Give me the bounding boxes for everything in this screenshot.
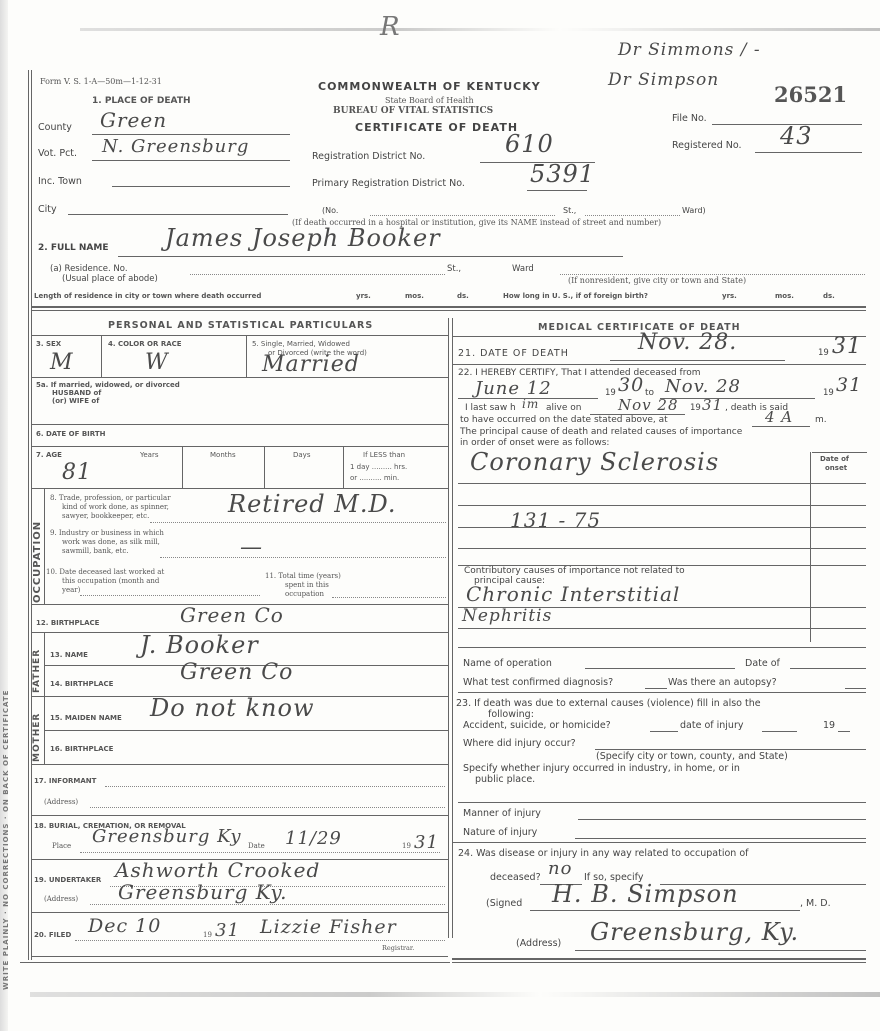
filed-year-value: 31 [215, 920, 240, 941]
annotation-line-1: Dr Simmons / - [618, 40, 761, 60]
registrar-label: Registrar. [382, 944, 414, 952]
total-time-underline [332, 597, 446, 598]
last-saw-year-value: 31 [702, 396, 723, 414]
dob-rule [31, 446, 448, 447]
header-rule-2 [31, 310, 866, 311]
last-worked-label-3: year) [62, 586, 80, 594]
accident-label: Accident, suicide, or homicide? [463, 720, 611, 731]
residence-label: (a) Residence. No. [50, 264, 128, 274]
ds-label-2: ds. [823, 292, 835, 300]
date-of-label: Date of [745, 658, 780, 669]
dob-label: 6. DATE OF BIRTH [36, 430, 105, 438]
time-underline [752, 426, 810, 427]
burial-place-label: Place [52, 842, 71, 850]
contributory-label-1: Contributory causes of importance not re… [464, 566, 685, 576]
spouse-label-2: HUSBAND of [52, 389, 101, 397]
last-worked-label-1: 10. Date deceased last worked at [46, 568, 164, 576]
filed-underline [75, 940, 445, 941]
burial-year-prefix: 19 [402, 842, 411, 850]
last-worked-label-2: this occupation (month and [62, 577, 159, 585]
residence-underline [190, 274, 445, 275]
vot-pct-label: Vot. Pct. [38, 148, 77, 159]
trade-label-2: kind of work done, as spinner, [62, 503, 169, 511]
industry-underline [160, 557, 446, 558]
physician-address-value: Greensburg, Ky. [590, 918, 799, 946]
onset-label-2: onset [825, 464, 847, 472]
total-time-label-2: spent in this [285, 581, 329, 589]
county-underline [92, 134, 290, 135]
outer-border-left [28, 70, 29, 960]
foreign-label: How long in U. S., if of foreign birth? [503, 292, 648, 300]
injury-year-label: 19 [823, 720, 835, 731]
annotation-line-2: Dr Simpson [608, 70, 719, 90]
residence-ward-label: Ward [512, 264, 534, 274]
informant-rule [31, 815, 448, 816]
registered-no-value: 43 [780, 122, 813, 150]
informant-address-underline [90, 807, 445, 808]
undertaker-rule [31, 912, 448, 913]
informant-label: 17. INFORMANT [34, 777, 96, 785]
contributory-line-2 [458, 628, 866, 629]
cause-line-2 [458, 505, 866, 506]
principal-label-1: The principal cause of death and related… [460, 427, 742, 437]
spouse-label-3: (or) WIFE of [52, 397, 99, 405]
marital-rule [31, 377, 448, 378]
less-than-label: If LESS than [363, 451, 405, 459]
last-saw-label: I last saw h [465, 403, 516, 413]
filed-label: 20. FILED [34, 931, 71, 939]
informant-underline [105, 786, 445, 787]
ds-label: ds. [457, 292, 469, 300]
no-underline [370, 215, 555, 216]
undertaker-address-underline [90, 904, 445, 905]
residence-st-label: St., [447, 264, 461, 274]
external-label-2: following: [488, 709, 534, 720]
filed-rule [31, 956, 448, 957]
trade-value: Retired M.D. [228, 490, 396, 518]
mother-maiden-rule [44, 730, 448, 731]
mother-birthplace-rule [31, 764, 448, 765]
specify-rule-1 [458, 802, 866, 803]
ward-label: Ward) [682, 206, 706, 215]
burial-place-value: Greensburg Ky [92, 826, 242, 847]
board-subtitle: State Board of Health [385, 96, 474, 105]
accident-underline [650, 731, 678, 732]
father-birthplace-value: Green Co [180, 660, 293, 685]
trade-underline [150, 522, 446, 523]
burial-underline [80, 852, 440, 853]
place-of-death-heading: 1. PLACE OF DEATH [92, 96, 191, 106]
signed-value: H. B. Simpson [552, 880, 739, 908]
total-time-label-1: 11. Total time (years) [265, 572, 341, 580]
race-value: W [145, 350, 169, 375]
death-year-prefix: 19 [818, 348, 829, 358]
bottom-rule-right-2 [452, 962, 866, 963]
mother-birthplace-label: 16. BIRTHPLACE [50, 745, 113, 753]
physician-address-label: (Address) [516, 938, 561, 949]
st-underline [585, 215, 680, 216]
father-side-divider [44, 632, 45, 696]
full-name-label: 2. FULL NAME [38, 243, 108, 253]
filed-date-value: Dec 10 [88, 915, 161, 937]
bureau-subtitle: BUREAU OF VITAL STATISTICS [333, 106, 493, 116]
mos-label-2: mos. [775, 292, 794, 300]
occupation-question: 24. Was disease or injury in any way rel… [458, 848, 749, 859]
date-of-death-underline [610, 360, 785, 361]
signed-underline [530, 910, 800, 911]
total-time-label-3: occupation [285, 590, 324, 598]
certificate-title: CERTIFICATE OF DEATH [355, 121, 518, 134]
commonwealth-title: COMMONWEALTH OF KENTUCKY [318, 80, 541, 93]
full-name-value: James Joseph Booker [165, 224, 441, 252]
sex-label: 3. SEX [36, 340, 61, 348]
age-days-label: Days [293, 451, 310, 459]
registered-no-underline [755, 152, 862, 153]
attended-to-value: Nov. 28 [665, 376, 741, 397]
undertaker-label: 19. UNDERTAKER [34, 876, 101, 884]
bottom-rule-right [452, 958, 866, 960]
md-label: , M. D. [800, 898, 831, 909]
where-underline [595, 749, 866, 750]
bottom-rule-left [20, 962, 450, 963]
age-divider-2 [264, 446, 265, 488]
m-label: m. [815, 415, 827, 425]
less-day-label: 1 day ......... hrs. [350, 463, 407, 471]
operation-label: Name of operation [463, 658, 552, 669]
age-divider-3 [343, 446, 344, 488]
residence-ward-underline [560, 274, 865, 275]
industry-label-1: 9. Industry or business in which [50, 529, 164, 537]
signed-label: (Signed [486, 898, 522, 909]
primary-district-underline [527, 190, 587, 191]
mos-label: mos. [405, 292, 424, 300]
residence-sub: (Usual place of abode) [62, 274, 158, 284]
file-no-label: File No. [672, 113, 707, 124]
deceased-label: deceased? [490, 872, 541, 883]
less-min-label: or .......... min. [350, 474, 399, 482]
reg-district-label: Registration District No. [312, 151, 425, 162]
center-divider-2 [452, 318, 453, 938]
injury-date-underline [762, 731, 797, 732]
margin-note: R [380, 12, 401, 42]
test-rule [458, 692, 866, 693]
mother-side-label: MOTHER [32, 713, 42, 762]
spouse-label-1: 5a. If married, widowed, or divorced [36, 381, 180, 389]
industry-label-3: sawmill, bank, etc. [62, 547, 129, 555]
last-saw-him: im [522, 397, 539, 411]
last-worked-underline [80, 595, 260, 596]
birthplace-value: Green Co [180, 603, 284, 627]
birthplace-label: 12. BIRTHPLACE [36, 619, 99, 627]
yrs-label: yrs. [356, 292, 371, 300]
manner-label: Manner of injury [463, 808, 541, 819]
nature-underline [575, 838, 866, 839]
trade-label-3: sawyer, bookkeeper, etc. [62, 512, 149, 520]
yrs-label-2: yrs. [722, 292, 737, 300]
marital-label-1: 5. Single, Married, Widowed [252, 340, 350, 348]
from-year-prefix: 19 [605, 388, 616, 398]
last-saw-date-value: Nov 28 [618, 396, 679, 414]
cause-line-4 [458, 548, 866, 549]
where-label: Where did injury occur? [463, 738, 576, 749]
attended-from-value: June 12 [475, 378, 552, 399]
test-label: What test confirmed diagnosis? [463, 677, 613, 688]
date-of-death-label: 21. DATE OF DEATH [458, 348, 569, 359]
specify-where-label-2: public place. [475, 774, 535, 785]
primary-district-value: 5391 [530, 160, 595, 188]
age-rule [31, 488, 448, 489]
father-name-label: 13. NAME [50, 651, 88, 659]
cause-line-3-value: 131 - 75 [510, 508, 601, 532]
burial-date-label: Date [248, 842, 265, 850]
burial-date-value: 11/29 [285, 828, 342, 849]
spouse-rule [31, 424, 448, 425]
test-underline [645, 688, 667, 689]
vot-pct-underline [92, 160, 290, 161]
principal-cause-value: Coronary Sclerosis [470, 448, 719, 476]
marital-value: Married [262, 352, 360, 377]
informant-address-label: (Address) [44, 798, 78, 806]
occupation-side-divider [44, 488, 45, 604]
occurred-label: to have occurred on the date stated abov… [460, 415, 668, 425]
header-rule [31, 306, 866, 308]
race-label: 4. COLOR OR RACE [108, 340, 182, 348]
injury-year-underline [838, 731, 850, 732]
death-year-value: 31 [832, 334, 862, 359]
last-saw-year-prefix: 19 [690, 403, 701, 413]
nature-rule [452, 842, 866, 843]
age-years-label: Years [140, 451, 158, 459]
operation-underline [585, 668, 735, 669]
cause-line-3 [458, 527, 866, 528]
specify-where-label-1: Specify whether injury occurred in indus… [463, 763, 740, 774]
cause-line-1 [458, 483, 866, 484]
to-year-prefix: 19 [823, 388, 834, 398]
nature-label: Nature of injury [463, 827, 537, 838]
outer-border-left-2 [31, 70, 32, 960]
attended-to-underline [660, 398, 815, 399]
injury-date-label: date of injury [680, 720, 743, 731]
undertaker-value: Ashworth Crooked [115, 858, 320, 882]
date-of-death-value: Nov. 28. [638, 330, 737, 355]
primary-district-label: Primary Registration District No. [312, 178, 465, 189]
contributory-2-value: Nephritis [462, 606, 552, 626]
stamp-number: 26521 [774, 82, 847, 107]
reg-district-value: 610 [505, 130, 554, 158]
industry-label-2: work was done, as silk mill, [62, 538, 160, 546]
death-date-rule [452, 364, 866, 365]
age-years-value: 81 [62, 460, 92, 485]
external-label-1: 23. If death was due to external causes … [456, 698, 761, 709]
st-label: St., [563, 206, 576, 215]
age-label: 7. AGE [36, 451, 62, 459]
personal-rule [31, 335, 448, 336]
age-divider-1 [182, 446, 183, 488]
occupation-side-label: OCCUPATION [32, 521, 43, 603]
occupation-related-value: no [548, 858, 572, 879]
onset-top-rule [812, 452, 867, 453]
side-note: WRITE PLAINLY · NO CORRECTIONS · ON BACK… [2, 690, 10, 990]
race-divider [246, 335, 247, 377]
from-year-value: 30 [618, 374, 644, 396]
to-year-value: 31 [836, 374, 862, 396]
father-birthplace-label: 14. BIRTHPLACE [50, 680, 113, 688]
center-divider [448, 318, 449, 938]
date-of-underline [790, 668, 866, 669]
county-label: County [38, 122, 72, 133]
father-side-label: FATHER [32, 649, 42, 693]
age-months-label: Months [210, 451, 236, 459]
undertaker-address-value: Greensburg Ky. [118, 880, 287, 904]
registered-no-label: Registered No. [672, 140, 742, 151]
onset-label-1: Date of [820, 455, 849, 463]
personal-section-title: PERSONAL AND STATISTICAL PARTICULARS [108, 320, 373, 331]
registrar-value: Lizzie Fisher [260, 916, 397, 938]
filed-year-prefix: 19 [203, 931, 212, 939]
autopsy-label: Was there an autopsy? [668, 677, 777, 688]
county-value: Green [100, 108, 167, 132]
mother-maiden-value: Do not know [150, 694, 315, 722]
onset-column-divider [810, 452, 811, 642]
specify-city-label: (Specify city or town, county, and State… [596, 751, 788, 762]
no-label: (No. [322, 206, 338, 215]
autopsy-underline [845, 688, 866, 689]
top-scan-edge [80, 28, 880, 31]
inc-town-label: Inc. Town [38, 176, 82, 187]
vot-pct-value: N. Greensburg [102, 136, 249, 157]
nonresident-note: (If nonresident, give city or town and S… [568, 276, 746, 285]
mother-maiden-label: 15. MAIDEN NAME [50, 714, 122, 722]
city-label: City [38, 204, 57, 215]
length-residence-label: Length of residence in city or town wher… [34, 292, 261, 300]
sex-divider [101, 335, 102, 377]
form-id: Form V. S. 1-A—50m—1-12-31 [40, 77, 162, 86]
sex-value: M [50, 350, 74, 375]
burial-year-value: 31 [414, 832, 439, 853]
bottom-scan-edge [30, 992, 880, 997]
manner-underline [578, 819, 866, 820]
trade-label-1: 8. Trade, profession, or particular [50, 494, 171, 502]
full-name-underline [118, 256, 623, 257]
undertaker-address-label: (Address) [44, 895, 78, 903]
contributory-line-3 [458, 647, 866, 648]
inc-town-underline [112, 186, 290, 187]
principal-label-2: in order of onset were as follows: [460, 438, 609, 448]
alive-on-label: alive on [546, 403, 581, 413]
city-underline [68, 214, 288, 215]
time-value: 4 A [765, 408, 793, 426]
father-name-value: J. Booker [140, 631, 259, 659]
physician-address-underline [575, 950, 866, 951]
contributory-1-value: Chronic Interstitial [466, 582, 680, 606]
